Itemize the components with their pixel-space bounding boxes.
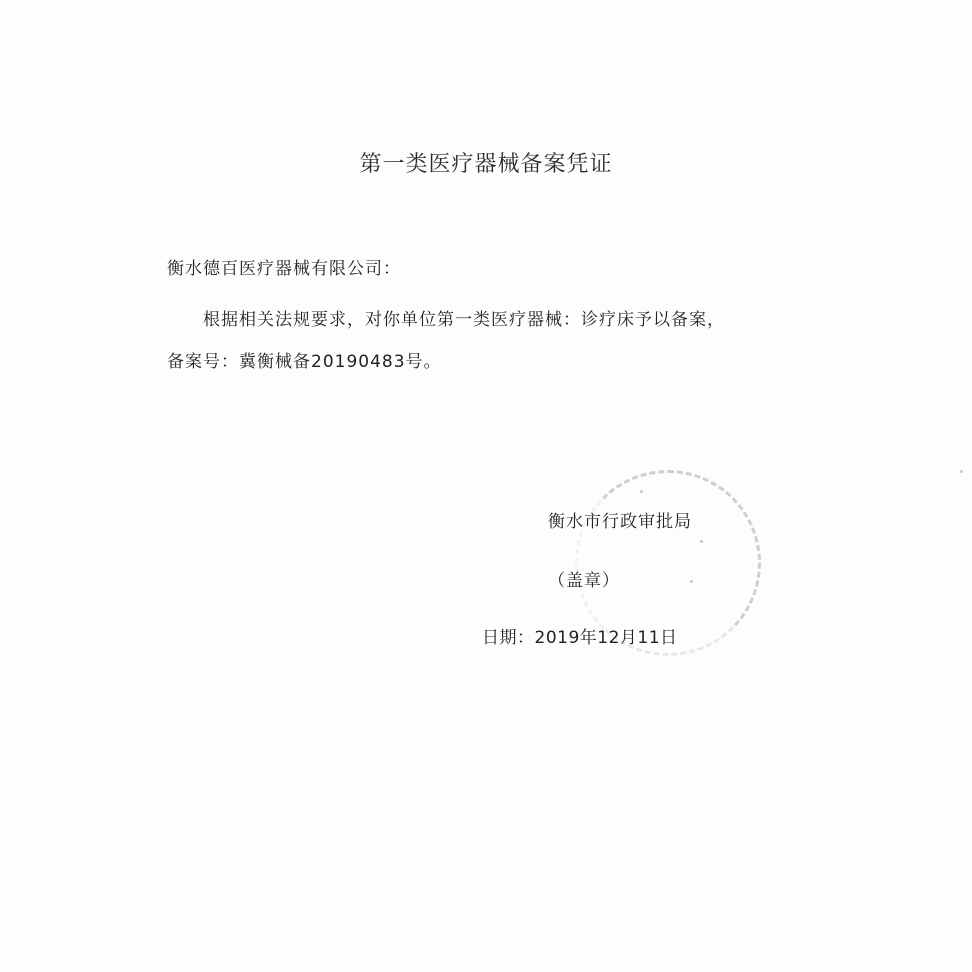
addressee: 衡水德百医疗器械有限公司： (167, 254, 401, 279)
document-page: 第一类医疗器械备案凭证 衡水德百医疗器械有限公司： 根据相关法规要求，对你单位第… (0, 0, 972, 972)
scan-speck (690, 580, 693, 583)
issuing-authority: 衡水市行政审批局 (548, 507, 692, 532)
body-text-line-1: 根据相关法规要求，对你单位第一类医疗器械：诊疗床予以备案， (203, 305, 725, 330)
scan-speck (640, 490, 643, 493)
scan-speck (700, 540, 703, 543)
issue-date: 日期：2019年12月11日 (482, 623, 678, 648)
document-title: 第一类医疗器械备案凭证 (0, 147, 972, 178)
registration-number-line: 备案号：冀衡械备20190483号。 (167, 347, 442, 372)
stamp-note: （盖章） (548, 566, 620, 591)
scan-speck (960, 470, 963, 473)
